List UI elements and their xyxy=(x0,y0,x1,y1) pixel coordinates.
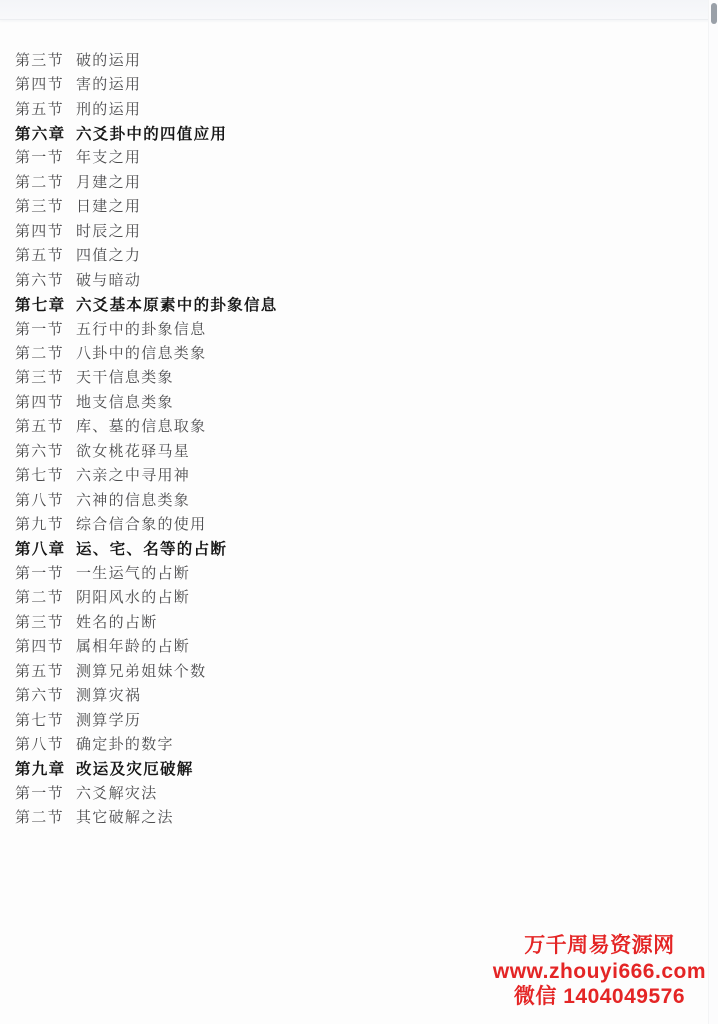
toc-row-title: 测算学历 xyxy=(76,709,141,730)
toc-row-label: 第三节 xyxy=(15,195,76,216)
toc-row-label: 第一节 xyxy=(15,782,76,803)
toc-row-label: 第三节 xyxy=(15,49,76,70)
toc-row-label: 第四节 xyxy=(15,635,76,656)
toc-row-title: 六亲之中寻用神 xyxy=(76,464,190,485)
watermark: 万千周易资源网 www.zhouyi666.com 微信 1404049576 xyxy=(493,933,706,1010)
toc-row: 第二节 阴阳风水的占断 xyxy=(15,585,698,609)
toc-row-title: 库、墓的信息取象 xyxy=(76,415,206,436)
toc-row: 第三节 天干信息类象 xyxy=(15,365,698,389)
toc-row-title: 时辰之用 xyxy=(76,220,141,241)
toc-row-title: 阴阳风水的占断 xyxy=(76,586,190,607)
toc-row-title: 测算灾祸 xyxy=(76,684,141,705)
toc-row-label: 第三节 xyxy=(15,611,76,632)
toc-row-title: 六爻基本原素中的卦象信息 xyxy=(76,293,278,315)
toc-row: 第五节 刑的运用 xyxy=(15,96,698,120)
toc-row-label: 第七节 xyxy=(15,709,76,730)
toc-row: 第六节 测算灾祸 xyxy=(15,682,698,706)
toc-row-title: 欲女桃花驿马星 xyxy=(76,440,190,461)
toc-row-title: 破的运用 xyxy=(76,49,141,70)
toc-row-label: 第六节 xyxy=(15,684,76,705)
toc-row: 第四节 时辰之用 xyxy=(15,218,698,242)
toc-row-label: 第五节 xyxy=(15,244,76,265)
toc-row-title: 月建之用 xyxy=(76,171,141,192)
toc-row: 第四节 害的运用 xyxy=(15,71,698,95)
toc-row: 第五节 测算兄弟姐妹个数 xyxy=(15,658,698,682)
toc-row: 第四节 属相年龄的占断 xyxy=(15,634,698,658)
toc-row-label: 第五节 xyxy=(15,98,76,119)
toc-row-label: 第四节 xyxy=(15,391,76,412)
toc-row-title: 其它破解之法 xyxy=(76,806,174,827)
toc-row-label: 第九章 xyxy=(15,757,76,779)
toc-row-title: 天干信息类象 xyxy=(76,366,174,387)
toc-row-label: 第二节 xyxy=(15,171,76,192)
watermark-wechat: 微信 1404049576 xyxy=(493,984,706,1010)
toc-row: 第一节 一生运气的占断 xyxy=(15,560,698,584)
toc-row-title: 综合信合象的使用 xyxy=(76,513,206,534)
toc-row-label: 第四节 xyxy=(15,73,76,94)
document-page: 第三节 破的运用 第四节 害的运用 第五节 刑的运用 第六章 六爻卦中的四值应用… xyxy=(0,0,718,1024)
toc-row-label: 第二节 xyxy=(15,342,76,363)
toc-row-label: 第六节 xyxy=(15,440,76,461)
scrollbar-track[interactable] xyxy=(708,0,718,1024)
toc-row-title: 刑的运用 xyxy=(76,98,141,119)
toc-row-title: 年支之用 xyxy=(76,146,141,167)
toc-row-title: 日建之用 xyxy=(76,195,141,216)
toc-row: 第五节 四值之力 xyxy=(15,243,698,267)
toc-row: 第六节 欲女桃花驿马星 xyxy=(15,438,698,462)
toc-row: 第五节 库、墓的信息取象 xyxy=(15,414,698,438)
toc-row: 第四节 地支信息类象 xyxy=(15,389,698,413)
scrollbar-thumb[interactable] xyxy=(711,3,717,24)
toc-row-label: 第八节 xyxy=(15,733,76,754)
toc-row-title: 地支信息类象 xyxy=(76,391,174,412)
toc-row: 第一节 五行中的卦象信息 xyxy=(15,316,698,340)
watermark-url: www.zhouyi666.com xyxy=(493,959,706,985)
toc-row-title: 运、宅、名等的占断 xyxy=(76,537,227,559)
toc-row-title: 八卦中的信息类象 xyxy=(76,342,206,363)
toc-row-label: 第八章 xyxy=(15,537,76,559)
toc-row-title: 属相年龄的占断 xyxy=(76,635,190,656)
toc-row-label: 第八节 xyxy=(15,489,76,510)
toc-row: 第七节 六亲之中寻用神 xyxy=(15,462,698,486)
toc-row-label: 第六节 xyxy=(15,269,76,290)
toc-row-label: 第一节 xyxy=(15,318,76,339)
toc-row: 第九章 改运及灾厄破解 xyxy=(15,756,698,780)
toc-row: 第七节 测算学历 xyxy=(15,707,698,731)
toc-row: 第三节 姓名的占断 xyxy=(15,609,698,633)
toc-row-label: 第三节 xyxy=(15,366,76,387)
toc-row-label: 第二节 xyxy=(15,806,76,827)
toc-row: 第七章 六爻基本原素中的卦象信息 xyxy=(15,291,698,315)
toc-row-title: 姓名的占断 xyxy=(76,611,158,632)
toc-row: 第八节 六神的信息类象 xyxy=(15,487,698,511)
toc-row: 第二节 其它破解之法 xyxy=(15,805,698,829)
toc-row-title: 测算兄弟姐妹个数 xyxy=(76,660,206,681)
toc-row-title: 五行中的卦象信息 xyxy=(76,318,206,339)
viewer-top-bar xyxy=(0,0,718,20)
toc-row-title: 害的运用 xyxy=(76,73,141,94)
toc-row: 第二节 八卦中的信息类象 xyxy=(15,340,698,364)
toc-row-label: 第六章 xyxy=(15,122,76,144)
toc-row: 第九节 综合信合象的使用 xyxy=(15,511,698,535)
toc-row-label: 第二节 xyxy=(15,586,76,607)
toc-row: 第六节 破与暗动 xyxy=(15,267,698,291)
toc-row: 第一节 年支之用 xyxy=(15,145,698,169)
toc-row-label: 第九节 xyxy=(15,513,76,534)
toc-row-title: 六爻解灾法 xyxy=(76,782,158,803)
toc-row-title: 四值之力 xyxy=(76,244,141,265)
toc-row-label: 第四节 xyxy=(15,220,76,241)
toc-row: 第三节 破的运用 xyxy=(15,47,698,71)
toc-row-title: 破与暗动 xyxy=(76,269,141,290)
toc-row: 第六章 六爻卦中的四值应用 xyxy=(15,120,698,144)
toc-row-label: 第一节 xyxy=(15,146,76,167)
toc-row-title: 一生运气的占断 xyxy=(76,562,190,583)
toc-row-title: 改运及灾厄破解 xyxy=(76,757,194,779)
toc-row-label: 第五节 xyxy=(15,660,76,681)
toc-row: 第一节 六爻解灾法 xyxy=(15,780,698,804)
toc-row-title: 确定卦的数字 xyxy=(76,733,174,754)
toc-row-title: 六爻卦中的四值应用 xyxy=(76,122,227,144)
toc-row-title: 六神的信息类象 xyxy=(76,489,190,510)
toc-row: 第二节 月建之用 xyxy=(15,169,698,193)
toc-row-label: 第一节 xyxy=(15,562,76,583)
toc-row-label: 第七章 xyxy=(15,293,76,315)
toc-row-label: 第五节 xyxy=(15,415,76,436)
watermark-site-name: 万千周易资源网 xyxy=(493,933,706,959)
table-of-contents: 第三节 破的运用 第四节 害的运用 第五节 刑的运用 第六章 六爻卦中的四值应用… xyxy=(15,47,698,829)
toc-row: 第八章 运、宅、名等的占断 xyxy=(15,536,698,560)
toc-row: 第三节 日建之用 xyxy=(15,194,698,218)
toc-row: 第八节 确定卦的数字 xyxy=(15,731,698,755)
toc-row-label: 第七节 xyxy=(15,464,76,485)
